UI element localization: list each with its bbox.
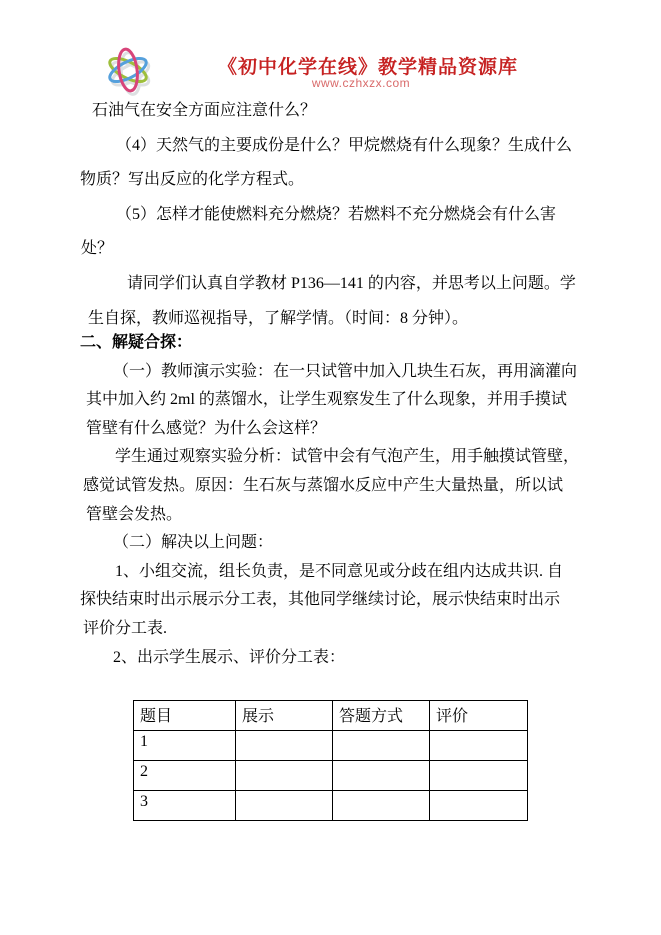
- text-line: （二）解决以上问题：: [80, 529, 580, 558]
- text-line: （一）教师演示实验：在一只试管中加入几块生石灰，再用滴灌向: [80, 358, 580, 387]
- table-cell: 3: [134, 791, 236, 821]
- table-cell: [236, 791, 333, 821]
- table-cell: [430, 791, 528, 821]
- atom-orbits-logo-icon: [98, 45, 160, 97]
- table-header-cell: 评价: [430, 701, 528, 731]
- table-cell: [333, 791, 430, 821]
- table-header-cell: 答题方式: [333, 701, 430, 731]
- table-cell: 2: [134, 761, 236, 791]
- text-line: 探快结束时出示展示分工表，其他同学继续讨论，展示快结束时出示: [80, 586, 580, 615]
- table-row: 1: [134, 731, 528, 761]
- table-cell: [236, 761, 333, 791]
- text-line: 评价分工表.: [80, 615, 580, 644]
- text-line: 物质？写出反应的化学方程式。: [80, 163, 580, 198]
- assignment-table: 题目展示答题方式评价123: [133, 700, 528, 821]
- text-line: 管壁有什么感觉？为什么会这样？: [80, 415, 580, 444]
- text-line: 石油气在安全方面应注意什么？: [80, 94, 580, 129]
- text-line: 二、解疑合探：: [80, 329, 580, 358]
- text-line: （4）天然气的主要成份是什么？甲烷燃烧有什么现象？生成什么: [80, 129, 580, 164]
- table-cell: 1: [134, 731, 236, 761]
- document-body-section-2: 二、解疑合探：（一）教师演示实验：在一只试管中加入几块生石灰，再用滴灌向其中加入…: [80, 329, 580, 672]
- text-line: 1、小组交流，组长负责，是不同意见或分歧在组内达成共识. 自: [80, 558, 580, 587]
- table-row: 3: [134, 791, 528, 821]
- site-url: www.czhxzx.com: [218, 76, 504, 90]
- table-cell: [333, 731, 430, 761]
- text-line: 请同学们认真自学教材 P136—141 的内容，并思考以上问题。学: [80, 267, 580, 302]
- table-row: 2: [134, 761, 528, 791]
- text-line: 2、出示学生展示、评价分工表：: [80, 644, 580, 673]
- site-title: 《初中化学在线》教学精品资源库: [218, 52, 504, 79]
- table-header-row: 题目展示答题方式评价: [134, 701, 528, 731]
- text-line: 处？: [80, 232, 580, 267]
- text-line: 学生通过观察实验分析：试管中会有气泡产生，用手触摸试管壁，: [80, 443, 580, 472]
- table-cell: [333, 761, 430, 791]
- text-line: 其中加入约 2ml 的蒸馏水，让学生观察发生了什么现象，并用手摸试: [80, 386, 580, 415]
- document-body-section-1: 石油气在安全方面应注意什么？（4）天然气的主要成份是什么？甲烷燃烧有什么现象？生…: [80, 94, 580, 336]
- document-page: 《初中化学在线》教学精品资源库 www.czhxzx.com 石油气在安全方面应…: [0, 0, 661, 935]
- table-cell: [430, 761, 528, 791]
- table-cell: [430, 731, 528, 761]
- text-line: 感觉试管发热。原因：生石灰与蒸馏水反应中产生大量热量，所以试: [80, 472, 580, 501]
- table-header-cell: 展示: [236, 701, 333, 731]
- table-cell: [236, 731, 333, 761]
- text-line: （5）怎样才能使燃料充分燃烧？若燃料不充分燃烧会有什么害: [80, 198, 580, 233]
- text-line: 管壁会发热。: [80, 501, 580, 530]
- table-header-cell: 题目: [134, 701, 236, 731]
